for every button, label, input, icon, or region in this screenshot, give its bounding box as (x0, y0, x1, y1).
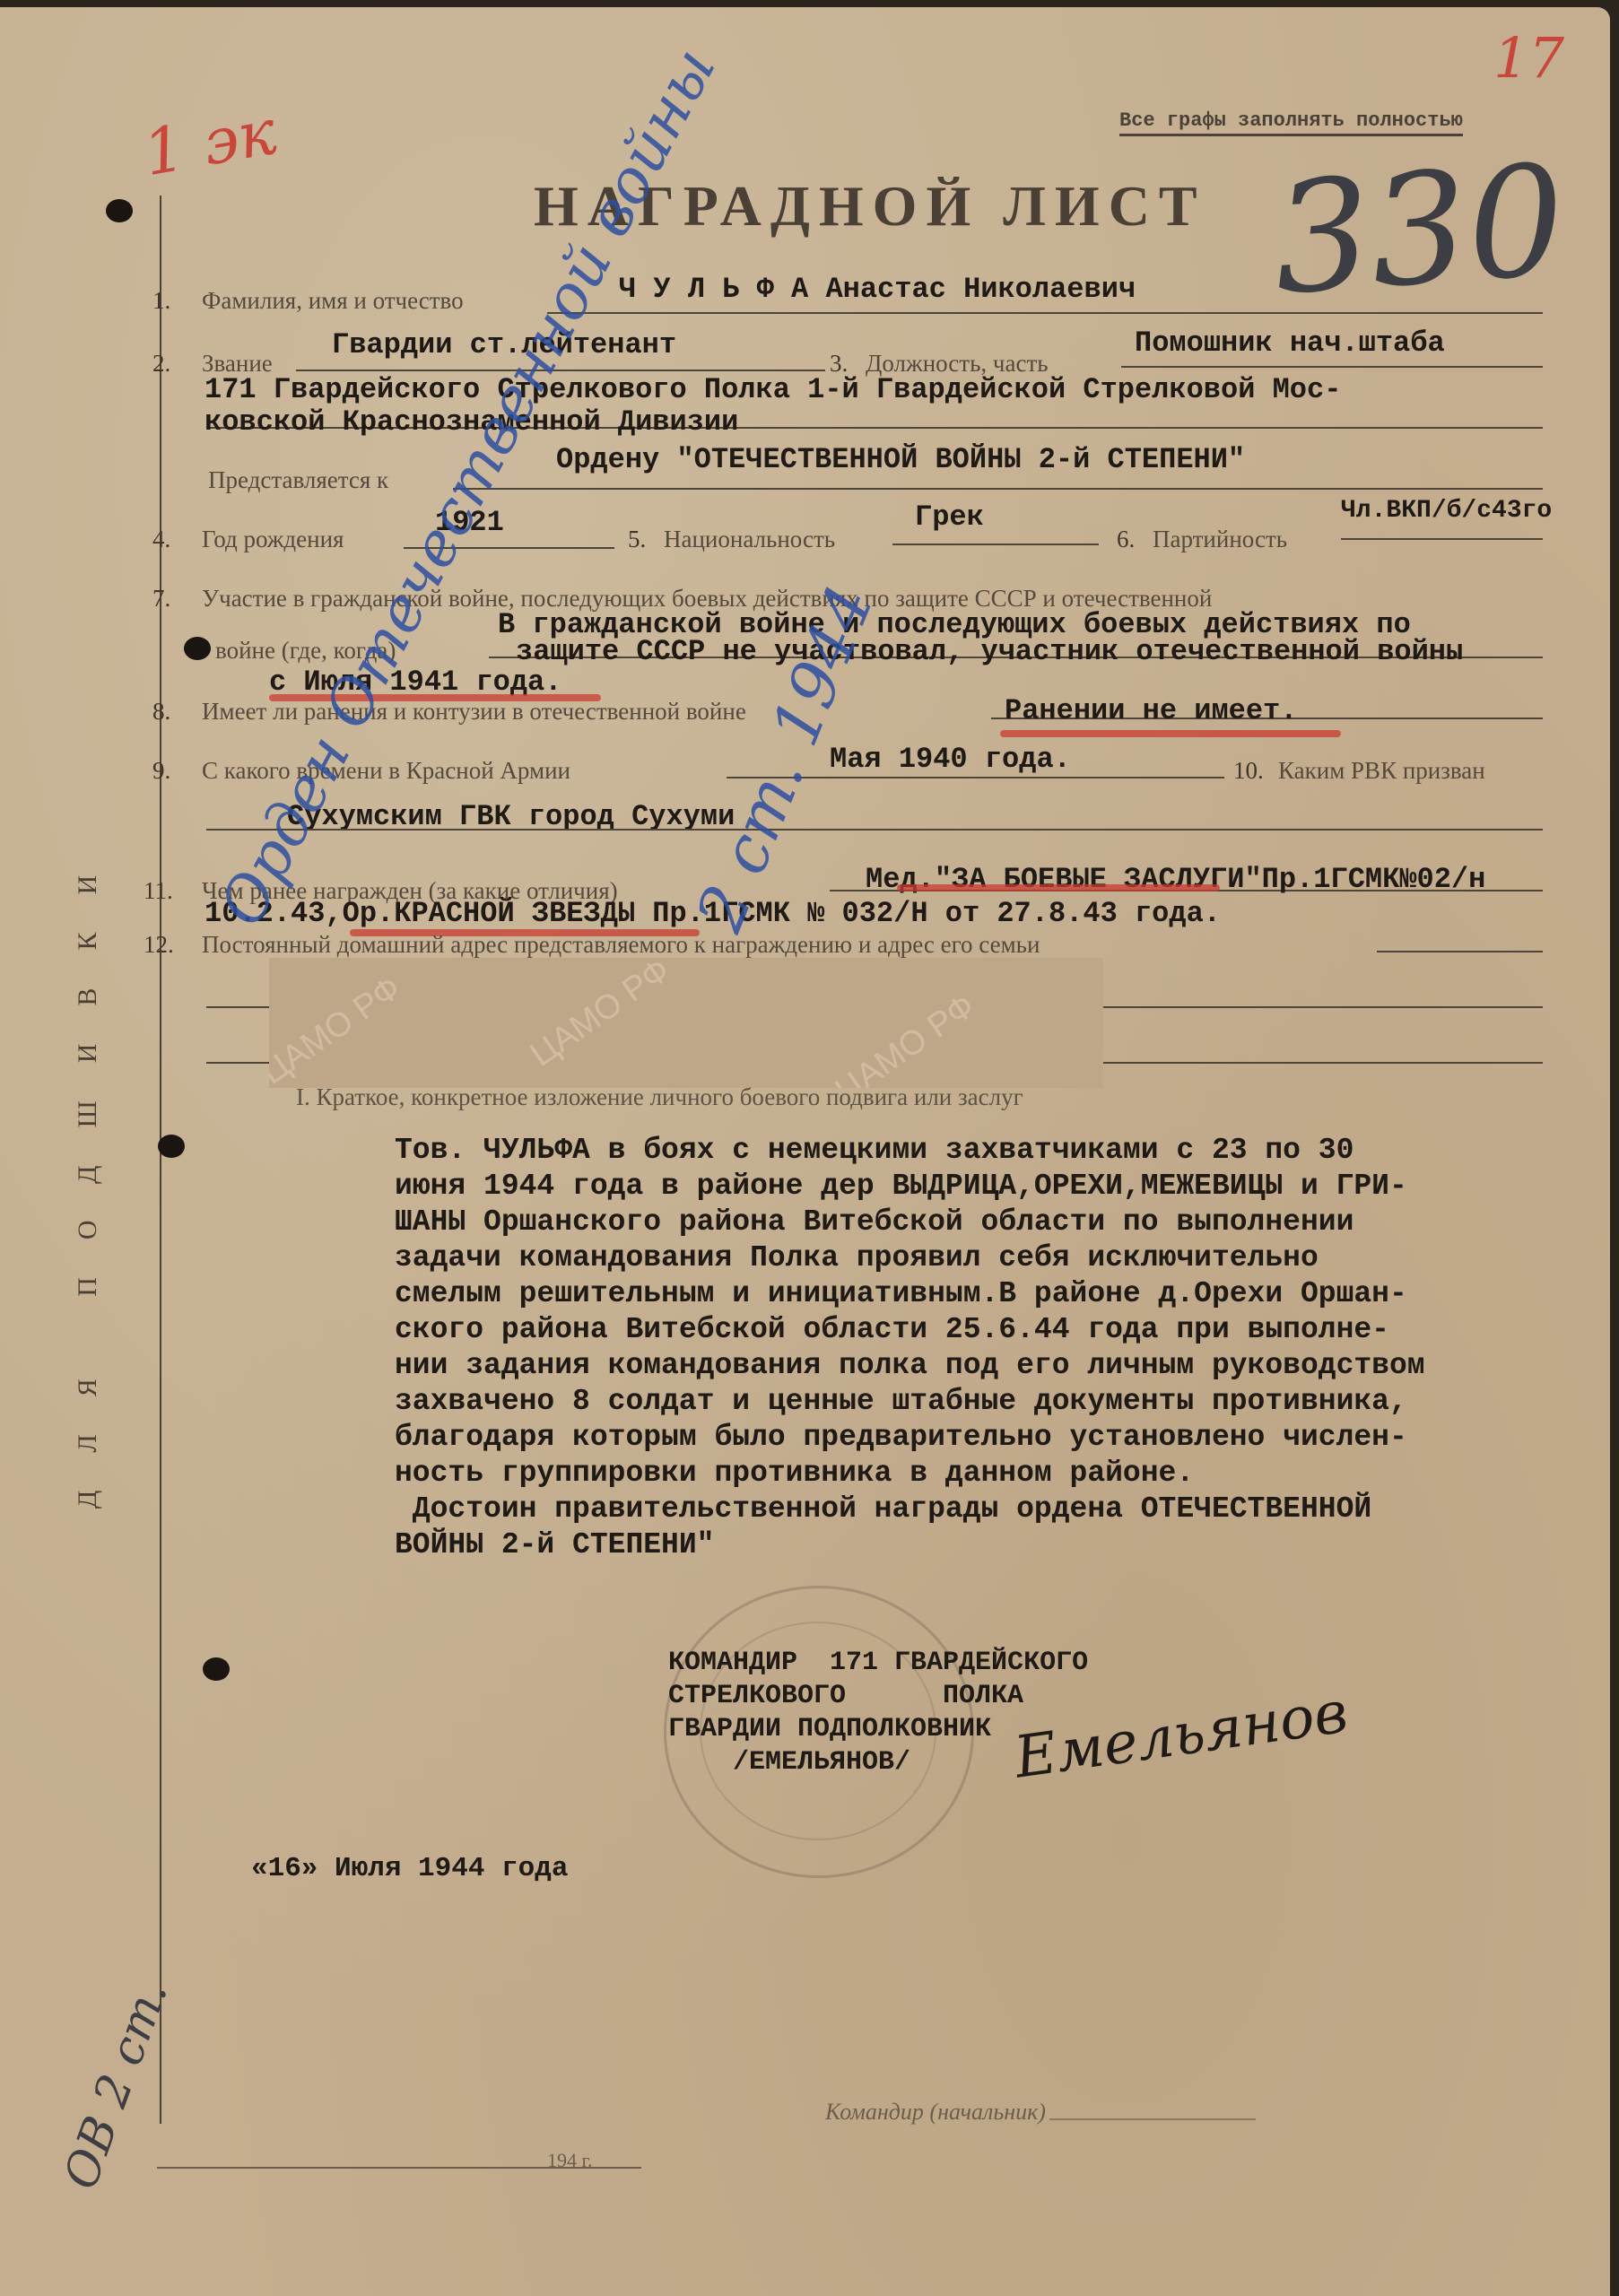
commander-footer-label: Командир (начальник) (825, 2099, 1046, 2126)
red-pencil-underline (1000, 730, 1341, 737)
feat-heading: I. Краткое, конкретное изложение личного… (296, 1083, 1023, 1111)
commander-footer-line (1049, 2118, 1256, 2120)
party-line (1341, 538, 1543, 540)
wounds-value: Ранении не имеет. (1005, 694, 1297, 727)
fill-all-fields-hint: Все графы заполнять полностью (1119, 109, 1463, 136)
field-number: 6. (1117, 526, 1135, 553)
document-date: «16» Июля 1944 года (251, 1853, 568, 1884)
army-since-value: Мая 1940 года. (830, 743, 1071, 776)
draft-office-line (206, 829, 1543, 831)
field-number: 12. (144, 931, 174, 959)
punch-hole-icon (184, 637, 211, 660)
field-number: 10. (1233, 757, 1264, 785)
nationality-value: Грек (915, 500, 984, 534)
red-copy-mark: 1 эк (138, 95, 282, 190)
field-number: 7. (152, 585, 170, 613)
presented-label: Представляется к (208, 466, 388, 494)
field-number: 9. (152, 757, 170, 785)
party-label: Партийность (1153, 526, 1287, 553)
unit-value-line-2: 171 Гвардейского Стрелкового Полка 1-й Г… (205, 373, 1341, 406)
wounds-label: Имеет ли ранения и контузии в отечествен… (202, 698, 746, 726)
nationality-line (892, 544, 1099, 545)
position-line (1121, 366, 1543, 368)
name-label: Фамилия, имя и отчество (202, 287, 464, 315)
nationality-label: Национальность (664, 526, 835, 553)
war-participation-value-2: защите СССР не участвовал, участник отеч… (516, 635, 1463, 668)
home-address-line (1377, 951, 1543, 952)
punch-hole-icon (158, 1135, 185, 1158)
red-pencil-underline (897, 884, 1220, 891)
field-number: 11. (144, 877, 173, 905)
punch-hole-icon (106, 199, 133, 222)
gray-registry-number: 330 (1267, 132, 1571, 329)
army-since-label: С какого времени в Красной Армии (202, 757, 570, 785)
feat-description: Тов. ЧУЛЬФА в боях с немецкими захватчик… (395, 1133, 1561, 1563)
binding-margin-line (160, 196, 161, 2124)
punch-hole-icon (203, 1657, 230, 1681)
field-number: 5. (628, 526, 646, 553)
presented-line (453, 488, 1543, 490)
position-value: Помошник нач.штаба (1135, 326, 1445, 360)
field-number: 4. (152, 526, 170, 553)
year-footer-label: 194 г. (547, 2149, 593, 2172)
presented-value: Ордену "ОТЕЧЕСТВЕННОЙ ВОЙНЫ 2-й СТЕПЕНИ" (556, 443, 1245, 476)
draft-office-label: Каким РВК призван (1278, 757, 1485, 785)
home-address-label: Постоянный домашний адрес представляемог… (202, 931, 1040, 959)
field-number: 2. (152, 350, 170, 378)
binding-margin-label: ДЛЯ ПОДШИВКИ (61, 635, 115, 1711)
redacted-address-block: ЦАМО РФ ЦАМО РФ ЦАМО РФ (269, 958, 1103, 1088)
field-number: 8. (152, 698, 170, 726)
field-number: 1. (152, 287, 170, 315)
red-page-number: 17 (1493, 25, 1564, 91)
party-value: Чл.ВКП/б/с43го (1341, 497, 1552, 525)
name-value: Ч У Л Ь Ф А Анастас Николаевич (619, 273, 1136, 306)
award-sheet: ДЛЯ ПОДШИВКИ Все графы заполнять полност… (0, 7, 1610, 2296)
birth-year-label: Год рождения (202, 526, 344, 553)
